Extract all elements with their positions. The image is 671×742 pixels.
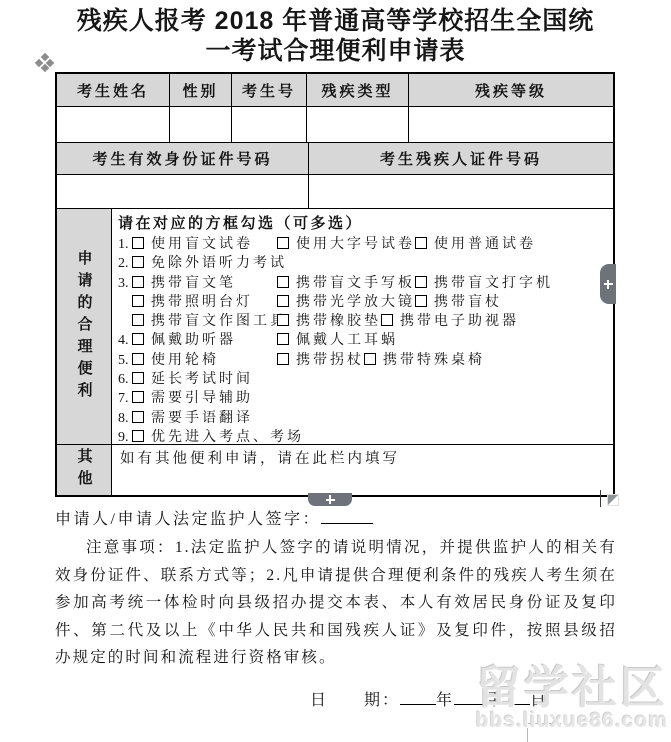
checkbox-option-label: 携带盲文笔: [151, 276, 236, 291]
checkbox-option-label: 携带盲杖: [434, 295, 502, 310]
checkbox-icon[interactable]: [381, 314, 393, 326]
checkbox-row: 2.免除外语听力考试: [118, 254, 607, 273]
checkbox-option-label: 需要手语翻译: [151, 411, 253, 426]
text-boundary-tick: [600, 490, 601, 507]
accommodations-section-label: 申请的合理便利: [57, 209, 112, 444]
checkbox-icon[interactable]: [415, 295, 427, 307]
checkbox-option-label: 佩戴人工耳蜗: [296, 333, 398, 348]
checkbox-option[interactable]: 携带盲杖: [415, 293, 502, 312]
checkbox-option[interactable]: 免除外语听力考试: [132, 254, 277, 273]
input-row-1: [57, 107, 613, 143]
checkbox-option[interactable]: 需要手语翻译: [132, 409, 277, 428]
checkbox-row: 4.佩戴助听器佩戴人工耳蜗: [118, 331, 607, 350]
input-candidate-name[interactable]: [57, 107, 170, 142]
checkbox-row-number: 5.: [118, 351, 132, 370]
checkbox-option-label: 携带盲文打字机: [434, 276, 553, 291]
input-candidate-number[interactable]: [232, 107, 307, 142]
header-disability-type: 残疾类型: [307, 74, 409, 106]
header-disability-level: 残疾等级: [409, 74, 613, 106]
other-section-label: 其他: [57, 445, 112, 495]
plus-icon: [600, 264, 616, 304]
checkbox-icon[interactable]: [277, 237, 289, 249]
date-day-label: 日: [530, 692, 548, 709]
date-line: 日 期：年月日: [310, 687, 548, 710]
checkbox-icon[interactable]: [132, 411, 144, 423]
checkbox-row-number: 7.: [118, 389, 132, 408]
add-row-button[interactable]: [308, 493, 352, 506]
checkbox-row: 3.携带盲文笔携带盲文手写板携带盲文打字机: [118, 274, 607, 293]
signature-line: 申请人/申请人法定监护人签字：: [55, 506, 373, 529]
date-year-label: 年: [436, 692, 454, 709]
checkbox-icon[interactable]: [132, 276, 144, 288]
input-row-2: [57, 175, 613, 209]
page-title-line1: 残疾人报考 2018 年普通高等学校招生全国统: [0, 6, 671, 36]
checkbox-icon[interactable]: [277, 276, 289, 288]
checkbox-option-label: 携带橡胶垫: [296, 314, 381, 329]
other-row: 其他 如有其他便利申请，请在此栏内填写: [57, 445, 613, 495]
checkbox-icon[interactable]: [277, 333, 289, 345]
date-year-blank[interactable]: [400, 689, 436, 705]
checkbox-option[interactable]: 携带盲文笔: [132, 274, 277, 293]
checkbox-row: 1.使用盲文试卷使用大字号试卷使用普通试卷: [118, 235, 607, 254]
input-disability-level[interactable]: [409, 107, 613, 142]
checkbox-icon[interactable]: [415, 237, 427, 249]
page-margin-corner-mark: [527, 723, 561, 724]
checkbox-icon[interactable]: [132, 372, 144, 384]
checkbox-row-number: 1.: [118, 235, 132, 254]
accommodations-content: 请在对应的方框勾选（可多选） 1.使用盲文试卷使用大字号试卷使用普通试卷2.免除…: [112, 209, 613, 444]
checkbox-row-number: 8.: [118, 409, 132, 428]
checkbox-list: 1.使用盲文试卷使用大字号试卷使用普通试卷2.免除外语听力考试3.携带盲文笔携带…: [118, 235, 607, 447]
input-disability-cert-number[interactable]: [309, 175, 613, 208]
checkbox-option[interactable]: 使用盲文试卷: [132, 235, 277, 254]
checkbox-option[interactable]: 携带拐杖: [277, 351, 364, 370]
checkbox-option-label: 携带盲文作图工具: [151, 314, 287, 329]
checkbox-icon[interactable]: [364, 353, 376, 365]
checkbox-option-label: 优先进入考点、考场: [151, 430, 304, 445]
table-resize-handle-icon[interactable]: [607, 494, 619, 506]
checkbox-icon[interactable]: [277, 295, 289, 307]
add-column-button[interactable]: [600, 264, 616, 304]
checkbox-option-label: 携带照明台灯: [151, 295, 253, 310]
checkbox-option[interactable]: 携带特殊桌椅: [364, 351, 485, 370]
header-id-number: 考生有效身份证件号码: [57, 143, 309, 174]
checkbox-option[interactable]: 延长考试时间: [132, 370, 277, 389]
checkbox-option-label: 携带拐杖: [296, 353, 364, 368]
checkbox-row: 7.需要引导辅助: [118, 389, 607, 408]
checkbox-option-label: 延长考试时间: [151, 372, 253, 387]
page-title: 残疾人报考 2018 年普通高等学校招生全国统 一考试合理便利申请表: [0, 6, 671, 66]
date-label: 日 期：: [310, 692, 400, 709]
plus-icon: [308, 493, 352, 506]
checkbox-row: 5.使用轮椅携带拐杖携带特殊桌椅: [118, 351, 607, 370]
checkbox-option-label: 携带特殊桌椅: [383, 353, 485, 368]
checkbox-icon[interactable]: [415, 276, 427, 288]
checkbox-row-number: 4.: [118, 331, 132, 350]
signature-blank[interactable]: [321, 508, 373, 524]
checkbox-option[interactable]: 携带电子助视器: [381, 312, 519, 331]
checkbox-option-label: 携带光学放大镜: [296, 295, 415, 310]
checkbox-option-label: 携带电子助视器: [400, 314, 519, 329]
header-disability-cert-number: 考生残疾人证件号码: [309, 143, 613, 174]
notes-paragraph: 注意事项：1.法定监护人签字的请说明情况，并提供监护人的相关有效身份证件、联系方…: [55, 534, 617, 672]
checkbox-icon[interactable]: [132, 237, 144, 249]
checkbox-option[interactable]: 携带盲文打字机: [415, 274, 553, 293]
checkbox-icon[interactable]: [132, 333, 144, 345]
input-disability-type[interactable]: [307, 107, 409, 142]
application-form-table: 考生姓名 性别 考生号 残疾类型 残疾等级 考生有效身份证件号码 考生残疾人证件…: [55, 72, 615, 497]
checkbox-option[interactable]: 携带光学放大镜: [277, 293, 415, 312]
checkbox-option[interactable]: 需要引导辅助: [132, 389, 277, 408]
header-row-2: 考生有效身份证件号码 考生残疾人证件号码: [57, 143, 613, 175]
checkbox-option-label: 使用大字号试卷: [296, 237, 415, 252]
form-page: 残疾人报考 2018 年普通高等学校招生全国统 一考试合理便利申请表 考生姓名 …: [0, 0, 671, 742]
checkbox-row-number: 3.: [118, 274, 132, 293]
header-candidate-number: 考生号: [232, 74, 307, 106]
checkbox-option-label: 需要引导辅助: [151, 391, 253, 406]
header-candidate-name: 考生姓名: [57, 74, 170, 106]
input-gender[interactable]: [170, 107, 232, 142]
checkbox-option[interactable]: 携带盲文手写板: [277, 274, 415, 293]
date-day-blank[interactable]: [501, 689, 530, 705]
other-input-area[interactable]: 如有其他便利申请，请在此栏内填写: [112, 445, 613, 495]
checkbox-icon[interactable]: [132, 256, 144, 268]
header-gender: 性别: [170, 74, 232, 106]
checkbox-option[interactable]: 佩戴助听器: [132, 331, 277, 350]
checkbox-option-label: 免除外语听力考试: [151, 256, 287, 271]
checkbox-icon[interactable]: [132, 314, 144, 326]
checkbox-row: 携带照明台灯携带光学放大镜携带盲杖: [118, 293, 607, 312]
header-row-1: 考生姓名 性别 考生号 残疾类型 残疾等级: [57, 74, 613, 107]
checkbox-icon[interactable]: [277, 314, 289, 326]
checkbox-option-label: 使用轮椅: [151, 353, 219, 368]
page-title-line2: 一考试合理便利申请表: [0, 36, 671, 66]
accommodations-row: 申请的合理便利 请在对应的方框勾选（可多选） 1.使用盲文试卷使用大字号试卷使用…: [57, 209, 613, 445]
checkbox-option[interactable]: 使用普通试卷: [415, 235, 536, 254]
watermark-site-url: bbs.liuxue86.com: [476, 710, 668, 732]
checkbox-row: 8.需要手语翻译: [118, 409, 607, 428]
checkbox-option[interactable]: 使用轮椅: [132, 351, 277, 370]
checkbox-icon[interactable]: [277, 353, 289, 365]
checkbox-option-label: 携带盲文手写板: [296, 276, 415, 291]
checkbox-option[interactable]: 携带照明台灯: [132, 293, 277, 312]
date-month-blank[interactable]: [454, 689, 483, 705]
input-id-number[interactable]: [57, 175, 309, 208]
checkbox-option[interactable]: 携带盲文作图工具: [132, 312, 277, 331]
checkbox-option[interactable]: 使用大字号试卷: [277, 235, 415, 254]
checkbox-row: 6.延长考试时间: [118, 370, 607, 389]
signature-label: 申请人/申请人法定监护人签字：: [55, 511, 321, 528]
checkbox-row: 携带盲文作图工具携带橡胶垫携带电子助视器: [118, 312, 607, 331]
checkbox-row-number: 6.: [118, 370, 132, 389]
checkbox-icon[interactable]: [132, 295, 144, 307]
checkbox-option-label: 使用普通试卷: [434, 237, 536, 252]
checkbox-icon[interactable]: [132, 353, 144, 365]
date-month-label: 月: [483, 692, 501, 709]
other-hint: 如有其他便利申请，请在此栏内填写: [120, 451, 400, 467]
checkbox-option[interactable]: 携带橡胶垫: [277, 312, 381, 331]
checkbox-instruction: 请在对应的方框勾选（可多选）: [118, 214, 607, 235]
checkbox-option-label: 使用盲文试卷: [151, 237, 253, 252]
checkbox-option[interactable]: 佩戴人工耳蜗: [277, 331, 398, 350]
checkbox-icon[interactable]: [132, 391, 144, 403]
page-margin-corner-mark: [527, 723, 528, 742]
checkbox-icon[interactable]: [132, 430, 144, 442]
table-move-handle-icon[interactable]: [36, 54, 54, 72]
checkbox-row-number: 2.: [118, 254, 132, 273]
checkbox-option-label: 佩戴助听器: [151, 333, 236, 348]
